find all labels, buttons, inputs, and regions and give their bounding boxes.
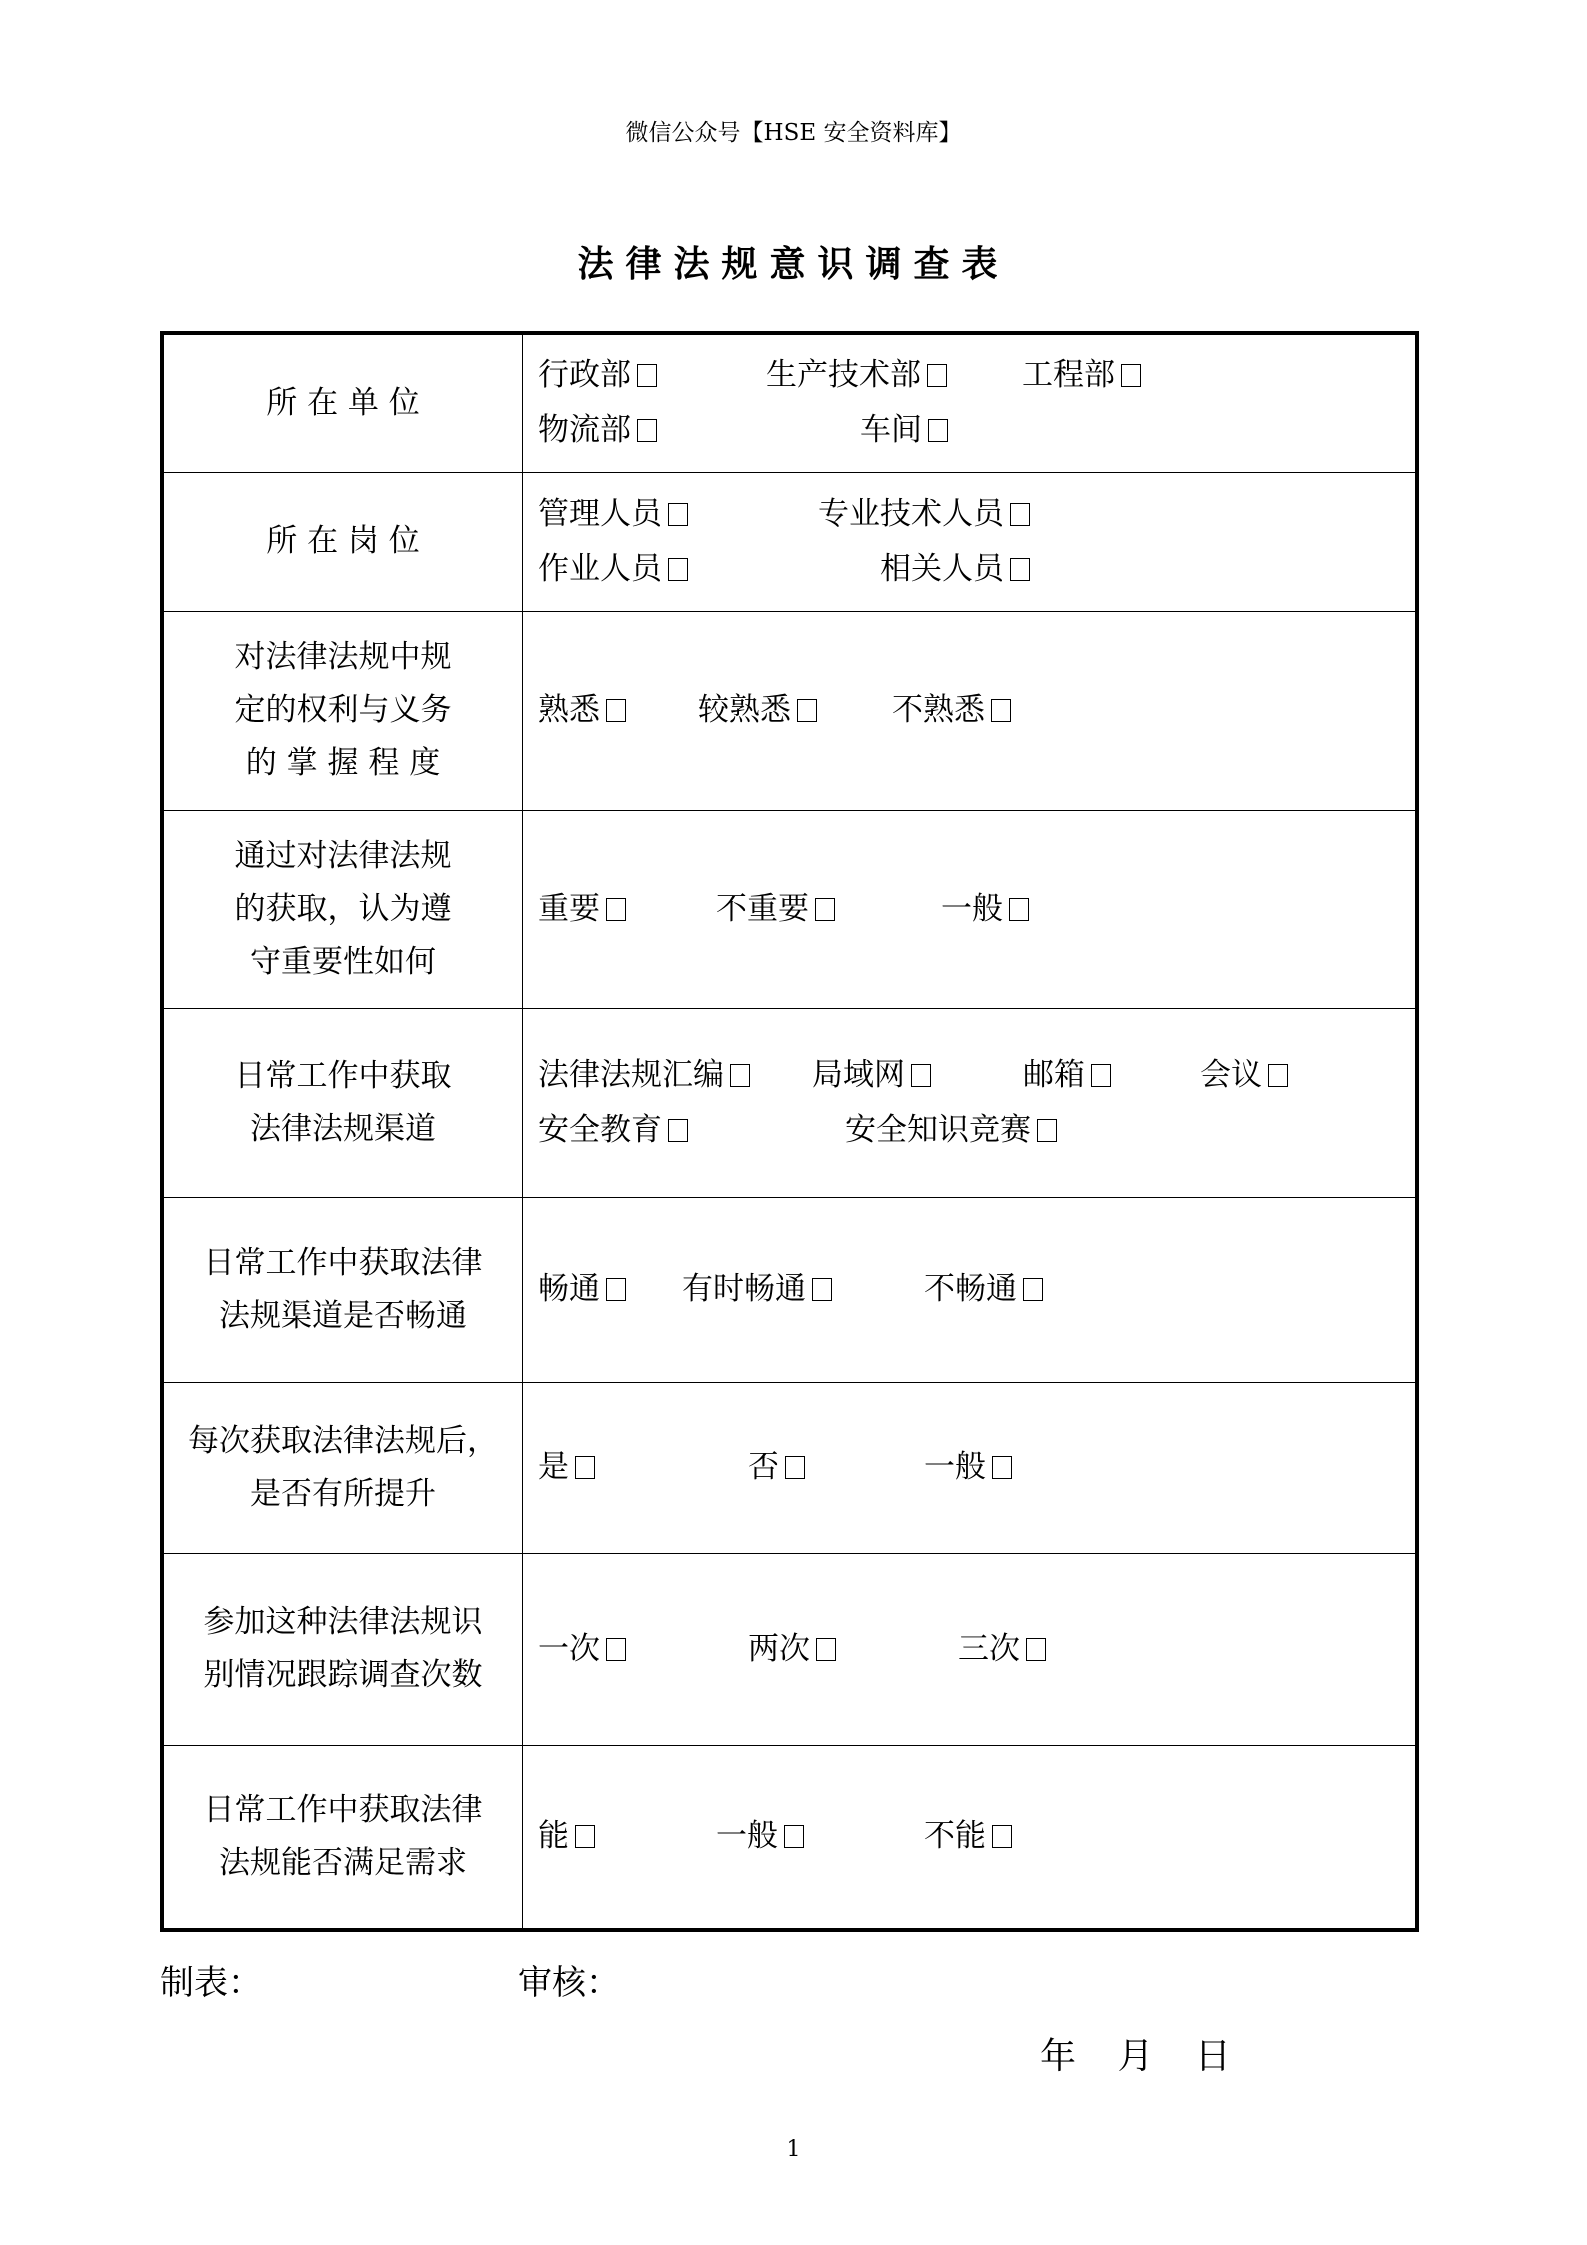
checkbox-icon[interactable] bbox=[785, 1456, 805, 1479]
question-text: 每次获取法律法规后， bbox=[164, 1415, 522, 1468]
answer-cell: 畅通有时畅通不畅通 bbox=[523, 1197, 1418, 1382]
survey-row: 所 在 单 位行政部生产技术部工程部物流部车间 bbox=[162, 333, 1417, 472]
checkbox-option[interactable]: 工程部 bbox=[1022, 348, 1141, 403]
checkbox-option[interactable]: 是 bbox=[538, 1440, 595, 1495]
option-label: 管理人员 bbox=[538, 496, 662, 532]
option-label: 作业人员 bbox=[538, 551, 662, 587]
checkbox-icon[interactable] bbox=[668, 1119, 688, 1142]
checkbox-option[interactable]: 熟悉 bbox=[538, 683, 626, 738]
option-label: 安全教育 bbox=[538, 1112, 662, 1148]
question-text: 所 在 岗 位 bbox=[164, 515, 522, 568]
header-note: 微信公众号【HSE 安全资料库】 bbox=[0, 114, 1587, 147]
checkbox-option[interactable]: 能 bbox=[538, 1809, 595, 1864]
prepared-by-label: 制表： bbox=[160, 1955, 262, 2004]
question-text: 的 掌 握 程 度 bbox=[164, 737, 522, 790]
option-label: 否 bbox=[748, 1449, 779, 1485]
checkbox-option[interactable]: 不重要 bbox=[716, 882, 835, 937]
answer-line: 熟悉较熟悉不熟悉 bbox=[538, 683, 1415, 738]
option-label: 畅通 bbox=[538, 1271, 600, 1307]
checkbox-option[interactable]: 管理人员 bbox=[538, 487, 688, 542]
checkbox-icon[interactable] bbox=[1010, 558, 1030, 581]
answer-cell: 重要不重要一般 bbox=[523, 810, 1418, 1008]
reviewed-by-label: 审核： bbox=[518, 1955, 620, 2004]
checkbox-option[interactable]: 不畅通 bbox=[924, 1262, 1043, 1317]
question-cell: 通过对法律法规的获取，认为遵守重要性如何 bbox=[162, 810, 523, 1008]
question-text: 是否有所提升 bbox=[164, 1468, 522, 1521]
answer-line: 重要不重要一般 bbox=[538, 882, 1415, 937]
question-text: 通过对法律法规 bbox=[164, 830, 522, 883]
checkbox-icon[interactable] bbox=[606, 898, 626, 921]
survey-row: 参加这种法律法规识别情况跟踪调查次数一次两次三次 bbox=[162, 1553, 1417, 1745]
survey-row: 日常工作中获取法律法规渠道法律法规汇编局域网邮箱会议安全教育安全知识竞赛 bbox=[162, 1008, 1417, 1197]
answer-line: 管理人员专业技术人员 bbox=[538, 487, 1415, 542]
option-label: 一般 bbox=[941, 891, 1003, 927]
checkbox-option[interactable]: 法律法规汇编 bbox=[538, 1048, 750, 1103]
question-text: 别情况跟踪调查次数 bbox=[164, 1649, 522, 1702]
option-label: 不熟悉 bbox=[892, 692, 985, 728]
checkbox-icon[interactable] bbox=[816, 1638, 836, 1661]
question-text: 日常工作中获取 bbox=[164, 1050, 522, 1103]
checkbox-option[interactable]: 安全知识竞赛 bbox=[845, 1103, 1057, 1158]
answer-line: 法律法规汇编局域网邮箱会议 bbox=[538, 1048, 1415, 1103]
checkbox-icon[interactable] bbox=[784, 1825, 804, 1848]
question-text: 法律法规渠道 bbox=[164, 1103, 522, 1156]
survey-row: 日常工作中获取法律法规渠道是否畅通畅通有时畅通不畅通 bbox=[162, 1197, 1417, 1382]
answer-line: 畅通有时畅通不畅通 bbox=[538, 1262, 1415, 1317]
survey-row: 所 在 岗 位管理人员专业技术人员作业人员相关人员 bbox=[162, 472, 1417, 611]
question-text: 法规能否满足需求 bbox=[164, 1837, 522, 1890]
checkbox-option[interactable]: 局域网 bbox=[812, 1048, 931, 1103]
checkbox-option[interactable]: 会议 bbox=[1200, 1048, 1288, 1103]
survey-row: 日常工作中获取法律法规能否满足需求能一般不能 bbox=[162, 1745, 1417, 1930]
document-title: 法律法规意识调查表 bbox=[0, 236, 1587, 287]
option-label: 局域网 bbox=[812, 1057, 905, 1093]
checkbox-icon[interactable] bbox=[730, 1064, 750, 1087]
checkbox-option[interactable]: 三次 bbox=[958, 1622, 1046, 1677]
option-label: 有时畅通 bbox=[682, 1271, 806, 1307]
checkbox-option[interactable]: 不熟悉 bbox=[892, 683, 1011, 738]
option-label: 一般 bbox=[924, 1449, 986, 1485]
date-line: 年 月 日 bbox=[1040, 2028, 1231, 2079]
checkbox-icon[interactable] bbox=[606, 1638, 626, 1661]
option-label: 工程部 bbox=[1022, 357, 1115, 393]
checkbox-icon[interactable] bbox=[1268, 1064, 1288, 1087]
question-text: 法规渠道是否畅通 bbox=[164, 1290, 522, 1343]
survey-row: 通过对法律法规的获取，认为遵守重要性如何重要不重要一般 bbox=[162, 810, 1417, 1008]
option-label: 行政部 bbox=[538, 357, 631, 393]
answer-line: 作业人员相关人员 bbox=[538, 542, 1415, 597]
checkbox-icon[interactable] bbox=[637, 364, 657, 387]
answer-cell: 行政部生产技术部工程部物流部车间 bbox=[523, 333, 1418, 472]
question-cell: 参加这种法律法规识别情况跟踪调查次数 bbox=[162, 1553, 523, 1745]
question-cell: 对法律法规中规定的权利与义务的 掌 握 程 度 bbox=[162, 611, 523, 810]
option-label: 是 bbox=[538, 1449, 569, 1485]
answer-cell: 法律法规汇编局域网邮箱会议安全教育安全知识竞赛 bbox=[523, 1008, 1418, 1197]
checkbox-icon[interactable] bbox=[606, 1278, 626, 1301]
question-text: 对法律法规中规 bbox=[164, 631, 522, 684]
option-label: 一般 bbox=[716, 1818, 778, 1854]
answer-line: 一次两次三次 bbox=[538, 1622, 1415, 1677]
checkbox-option[interactable]: 一般 bbox=[716, 1809, 804, 1864]
checkbox-icon[interactable] bbox=[815, 898, 835, 921]
question-cell: 日常工作中获取法律法规能否满足需求 bbox=[162, 1745, 523, 1930]
checkbox-option[interactable]: 两次 bbox=[748, 1622, 836, 1677]
option-label: 安全知识竞赛 bbox=[845, 1112, 1031, 1148]
checkbox-icon[interactable] bbox=[797, 699, 817, 722]
checkbox-option[interactable]: 一次 bbox=[538, 1622, 626, 1677]
checkbox-icon[interactable] bbox=[1121, 364, 1141, 387]
option-label: 三次 bbox=[958, 1631, 1020, 1667]
answer-line: 安全教育安全知识竞赛 bbox=[538, 1103, 1415, 1158]
checkbox-option[interactable]: 车间 bbox=[860, 403, 948, 458]
checkbox-option[interactable]: 否 bbox=[748, 1440, 805, 1495]
option-label: 物流部 bbox=[538, 412, 631, 448]
checkbox-option[interactable]: 不能 bbox=[924, 1809, 1012, 1864]
question-text: 的获取，认为遵 bbox=[164, 883, 522, 936]
option-label: 相关人员 bbox=[880, 551, 1004, 587]
survey-row: 每次获取法律法规后，是否有所提升是否一般 bbox=[162, 1382, 1417, 1553]
answer-line: 行政部生产技术部工程部 bbox=[538, 348, 1415, 403]
checkbox-icon[interactable] bbox=[1009, 898, 1029, 921]
checkbox-icon[interactable] bbox=[606, 699, 626, 722]
option-label: 法律法规汇编 bbox=[538, 1057, 724, 1093]
checkbox-option[interactable]: 重要 bbox=[538, 882, 626, 937]
question-cell: 日常工作中获取法律法规渠道是否畅通 bbox=[162, 1197, 523, 1382]
checkbox-option[interactable]: 一般 bbox=[941, 882, 1029, 937]
checkbox-icon[interactable] bbox=[991, 699, 1011, 722]
option-label: 不能 bbox=[924, 1818, 986, 1854]
checkbox-option[interactable]: 邮箱 bbox=[1023, 1048, 1111, 1103]
checkbox-icon[interactable] bbox=[812, 1278, 832, 1301]
question-cell: 所 在 单 位 bbox=[162, 333, 523, 472]
option-label: 两次 bbox=[748, 1631, 810, 1667]
option-label: 较熟悉 bbox=[698, 692, 791, 728]
option-label: 邮箱 bbox=[1023, 1057, 1085, 1093]
option-label: 专业技术人员 bbox=[818, 496, 1004, 532]
checkbox-icon[interactable] bbox=[1010, 503, 1030, 526]
answer-cell: 是否一般 bbox=[523, 1382, 1418, 1553]
checkbox-option[interactable]: 行政部 bbox=[538, 348, 657, 403]
question-text: 日常工作中获取法律 bbox=[164, 1784, 522, 1837]
checkbox-option[interactable]: 畅通 bbox=[538, 1262, 626, 1317]
answer-cell: 能一般不能 bbox=[523, 1745, 1418, 1930]
answer-line: 能一般不能 bbox=[538, 1809, 1415, 1864]
checkbox-icon[interactable] bbox=[992, 1456, 1012, 1479]
checkbox-icon[interactable] bbox=[575, 1825, 595, 1848]
checkbox-icon[interactable] bbox=[1037, 1119, 1057, 1142]
checkbox-icon[interactable] bbox=[575, 1456, 595, 1479]
checkbox-icon[interactable] bbox=[637, 419, 657, 442]
checkbox-option[interactable]: 专业技术人员 bbox=[818, 487, 1030, 542]
option-label: 车间 bbox=[860, 412, 922, 448]
checkbox-icon[interactable] bbox=[928, 419, 948, 442]
survey-table: 所 在 单 位行政部生产技术部工程部物流部车间所 在 岗 位管理人员专业技术人员… bbox=[160, 331, 1419, 1932]
checkbox-icon[interactable] bbox=[668, 558, 688, 581]
checkbox-option[interactable]: 物流部 bbox=[538, 403, 657, 458]
page-number: 1 bbox=[0, 2137, 1587, 2162]
answer-cell: 一次两次三次 bbox=[523, 1553, 1418, 1745]
checkbox-icon[interactable] bbox=[668, 503, 688, 526]
option-label: 一次 bbox=[538, 1631, 600, 1667]
survey-row: 对法律法规中规定的权利与义务的 掌 握 程 度熟悉较熟悉不熟悉 bbox=[162, 611, 1417, 810]
checkbox-option[interactable]: 较熟悉 bbox=[698, 683, 817, 738]
option-label: 不重要 bbox=[716, 891, 809, 927]
checkbox-icon[interactable] bbox=[992, 1825, 1012, 1848]
option-label: 熟悉 bbox=[538, 692, 600, 728]
question-cell: 所 在 岗 位 bbox=[162, 472, 523, 611]
checkbox-icon[interactable] bbox=[1026, 1638, 1046, 1661]
checkbox-option[interactable]: 生产技术部 bbox=[766, 348, 947, 403]
question-text: 参加这种法律法规识 bbox=[164, 1596, 522, 1649]
question-text: 守重要性如何 bbox=[164, 936, 522, 989]
checkbox-icon[interactable] bbox=[1091, 1064, 1111, 1087]
option-label: 不畅通 bbox=[924, 1271, 1017, 1307]
answer-cell: 熟悉较熟悉不熟悉 bbox=[523, 611, 1418, 810]
checkbox-option[interactable]: 相关人员 bbox=[880, 542, 1030, 597]
option-label: 生产技术部 bbox=[766, 357, 921, 393]
option-label: 能 bbox=[538, 1818, 569, 1854]
answer-line: 是否一般 bbox=[538, 1440, 1415, 1495]
option-label: 重要 bbox=[538, 891, 600, 927]
question-cell: 日常工作中获取法律法规渠道 bbox=[162, 1008, 523, 1197]
option-label: 会议 bbox=[1200, 1057, 1262, 1093]
checkbox-option[interactable]: 作业人员 bbox=[538, 542, 688, 597]
checkbox-option[interactable]: 安全教育 bbox=[538, 1103, 688, 1158]
question-cell: 每次获取法律法规后，是否有所提升 bbox=[162, 1382, 523, 1553]
checkbox-option[interactable]: 有时畅通 bbox=[682, 1262, 832, 1317]
question-text: 日常工作中获取法律 bbox=[164, 1237, 522, 1290]
question-text: 所 在 单 位 bbox=[164, 377, 522, 430]
answer-cell: 管理人员专业技术人员作业人员相关人员 bbox=[523, 472, 1418, 611]
answer-line: 物流部车间 bbox=[538, 403, 1415, 458]
checkbox-icon[interactable] bbox=[911, 1064, 931, 1087]
checkbox-icon[interactable] bbox=[1023, 1278, 1043, 1301]
checkbox-option[interactable]: 一般 bbox=[924, 1440, 1012, 1495]
question-text: 定的权利与义务 bbox=[164, 684, 522, 737]
checkbox-icon[interactable] bbox=[927, 364, 947, 387]
